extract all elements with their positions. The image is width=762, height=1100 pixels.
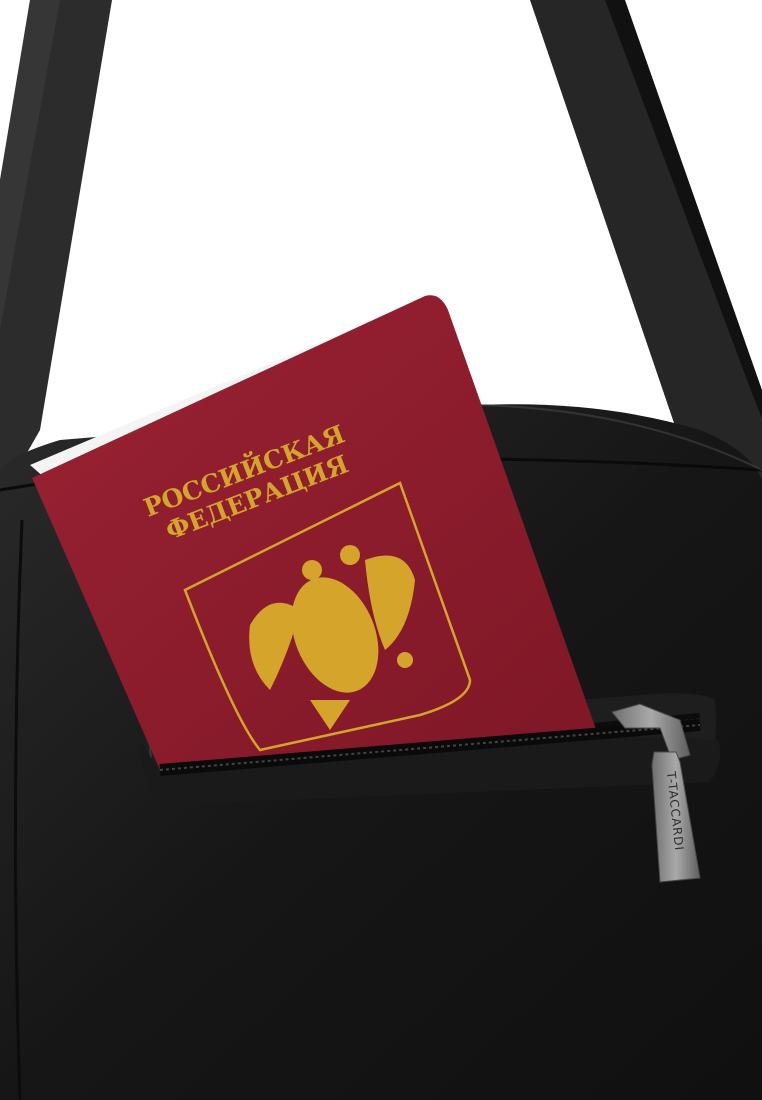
product-photo: РОССИЙСКАЯ ФЕДЕРАЦИЯ T-TACCARDI [0,0,762,1100]
left-strap [0,0,112,500]
